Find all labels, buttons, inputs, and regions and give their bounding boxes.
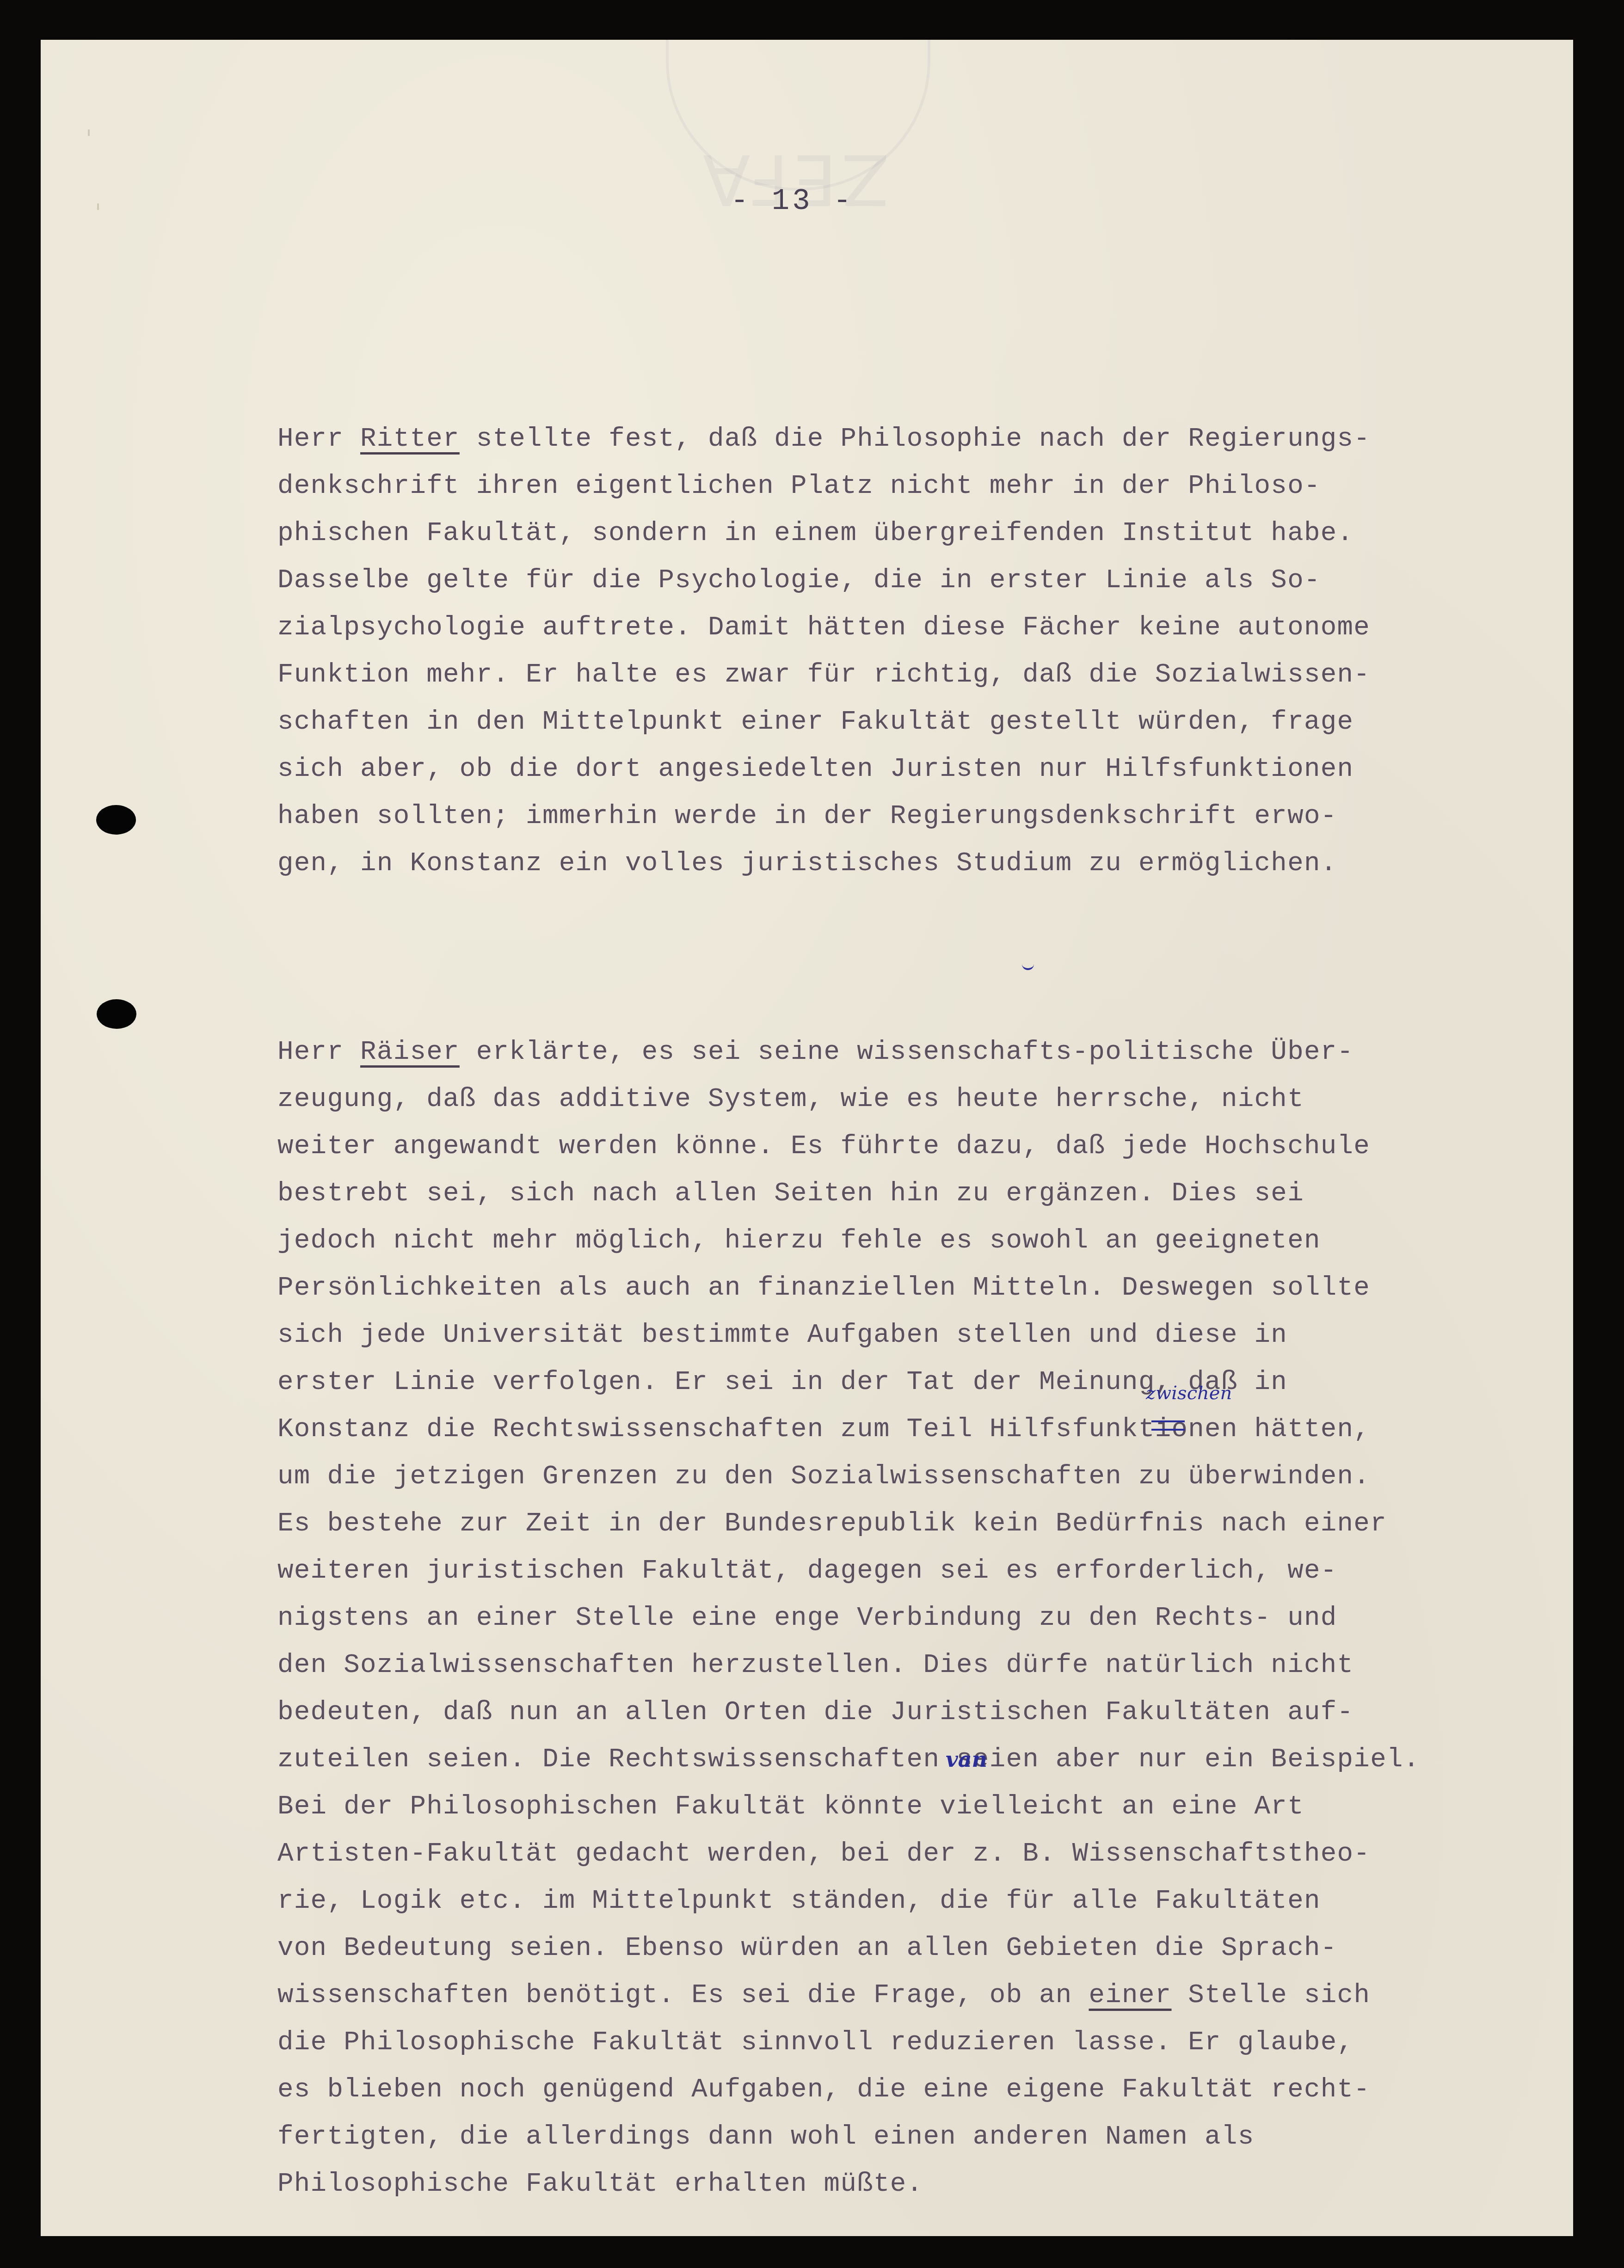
text-line: den Sozialwissenschaften herzustellen. D…: [277, 1642, 1572, 1689]
line-text: Es bestehe zur Zeit in der Bundesrepubli…: [277, 1509, 1387, 1539]
line-text: wissenschaften benötigt. Es sei die Frag…: [277, 1980, 1089, 2010]
punch-hole: [96, 805, 136, 835]
line-text: weiter angewandt werden könne. Es führte…: [277, 1131, 1370, 1162]
line-text: Funktion mehr. Er halte es zwar für rich…: [277, 660, 1370, 690]
line-text: phischen Fakultät, sondern in einem über…: [277, 518, 1353, 548]
line-text: Dasselbe gelte für die Psychologie, die …: [277, 565, 1321, 596]
line-text: jedoch nicht mehr möglich, hierzu fehle …: [277, 1226, 1321, 1256]
line-text: den Sozialwissenschaften herzustellen. D…: [277, 1650, 1353, 1680]
text-line: zeugung, daß das additive System, wie es…: [277, 1076, 1572, 1123]
line-text: nigstens an einer Stelle eine enge Verbi…: [277, 1603, 1337, 1633]
line-text: die Philosophische Fakultät sinnvoll red…: [277, 2028, 1353, 2058]
text-line: nigstens an einer Stelle eine enge Verbi…: [277, 1595, 1572, 1642]
text-line: haben sollten; immerhin werde in der Reg…: [277, 793, 1572, 840]
typed-body: Herr Ritter stellte fest, daß die Philos…: [277, 321, 1572, 2255]
line-text: haben sollten; immerhin werde in der Reg…: [277, 801, 1337, 831]
line-text: stellte fest, daß die Philosophie nach d…: [460, 424, 1370, 454]
line-text: um die jetzigen Grenzen zu den Sozialwis…: [277, 1462, 1370, 1492]
text-line: wissenschaften benötigt. Es sei die Frag…: [277, 1972, 1572, 2019]
text-line: Funktion mehr. Er halte es zwar für rich…: [277, 652, 1572, 699]
punch-hole: [97, 999, 136, 1029]
line-text: zialpsychologie auftrete. Damit hätten d…: [277, 613, 1370, 643]
text-line: Persönlichkeiten als auch an finanzielle…: [277, 1265, 1572, 1312]
line-text: bedeuten, daß nun an allen Orten die Jur…: [277, 1697, 1353, 1727]
text-line: sich jede Universität bestimmte Aufgaben…: [277, 1312, 1572, 1359]
underlined-word: einer: [1089, 1980, 1171, 2010]
line-text: zeugung, daß das additive System, wie es…: [277, 1084, 1304, 1114]
text-line: bestrebt sei, sich nach allen Seiten hin…: [277, 1170, 1572, 1217]
text-line: fertigten, die allerdings dann wohl eine…: [277, 2114, 1572, 2161]
text-line: jedoch nicht mehr möglich, hierzu fehle …: [277, 1217, 1572, 1265]
line-text: Persönlichkeiten als auch an finanzielle…: [277, 1273, 1370, 1303]
paragraph-ritter: Herr Ritter stellte fest, daß die Philos…: [277, 416, 1572, 887]
text-line: Herr Räiser erklärte, es sei seine wisse…: [277, 1029, 1572, 1076]
line-text: von Bedeutung seien. Ebenso würden an al…: [277, 1933, 1337, 1963]
line-text: Bei der Philosophischen Fakultät könnte …: [277, 1792, 1304, 1822]
line-text: sich aber, ob die dort angesiedelten Jur…: [277, 754, 1353, 784]
line-text: bestrebt sei, sich nach allen Seiten hin…: [277, 1179, 1304, 1209]
handwritten-correction-zwischen: zwischen: [1146, 1383, 1232, 1404]
text-line: Herr Ritter stellte fest, daß die Philos…: [277, 416, 1572, 463]
text-line: Dasselbe gelte für die Psychologie, die …: [277, 557, 1572, 604]
line-text: es blieben noch genügend Aufgaben, die e…: [277, 2075, 1370, 2105]
page-number: - 13 -: [731, 185, 854, 218]
underlined-word: Räiser: [360, 1037, 460, 1067]
text-line: um die jetzigen Grenzen zu den Sozialwis…: [277, 1453, 1572, 1500]
text-line: Konstanz die Rechtswissenschaften zum Te…: [277, 1406, 1572, 1453]
paper-speck: [88, 129, 90, 136]
line-text: Philosophische Fakultät erhalten müßte.: [277, 2169, 923, 2199]
line-text: rie, Logik etc. im Mittelpunkt ständen, …: [277, 1886, 1321, 1916]
text-line: schaften in den Mittelpunkt einer Fakult…: [277, 699, 1572, 746]
text-line: Philosophische Fakultät erhalten müßte.: [277, 2161, 1572, 2208]
text-line: rie, Logik etc. im Mittelpunkt ständen, …: [277, 1878, 1572, 1925]
line-text: gen, in Konstanz ein volles juristisches…: [277, 848, 1337, 879]
handwritten-strikethrough: [1151, 1420, 1185, 1431]
text-line: erster Linie verfolgen. Er sei in der Ta…: [277, 1359, 1572, 1406]
line-text: Artisten-Fakultät gedacht werden, bei de…: [277, 1839, 1370, 1869]
line-text: schaften in den Mittelpunkt einer Fakult…: [277, 707, 1353, 737]
text-line: gen, in Konstanz ein volles juristisches…: [277, 840, 1572, 887]
text-line: Bei der Philosophischen Fakultät könnte …: [277, 1783, 1572, 1831]
line-text: erster Linie verfolgen. Er sei in der Ta…: [277, 1367, 1287, 1397]
line-text: weiteren juristischen Fakultät, dagegen …: [277, 1556, 1337, 1586]
line-text: erklärte, es sei seine wissenschafts-pol…: [460, 1037, 1354, 1067]
text-line: Artisten-Fakultät gedacht werden, bei de…: [277, 1831, 1572, 1878]
text-line: phischen Fakultät, sondern in einem über…: [277, 510, 1572, 557]
line-text: sich jede Universität bestimmte Aufgaben…: [277, 1320, 1287, 1350]
text-line: zialpsychologie auftrete. Damit hätten d…: [277, 604, 1572, 652]
paper-speck: [97, 203, 99, 210]
text-line: es blieben noch genügend Aufgaben, die e…: [277, 2066, 1572, 2114]
text-line: bedeuten, daß nun an allen Orten die Jur…: [277, 1689, 1572, 1736]
line-text: zuteilen seien. Die Rechtswissenschaften…: [277, 1745, 1420, 1775]
text-line: weiter angewandt werden könne. Es führte…: [277, 1123, 1572, 1170]
text-line: sich aber, ob die dort angesiedelten Jur…: [277, 746, 1572, 793]
underlined-word: Ritter: [360, 424, 460, 454]
line-text: fertigten, die allerdings dann wohl eine…: [277, 2122, 1255, 2152]
text-line: die Philosophische Fakultät sinnvoll red…: [277, 2019, 1572, 2066]
handwritten-correction-van: van: [946, 1747, 987, 1772]
line-text: Herr: [277, 424, 360, 454]
text-line: weiteren juristischen Fakultät, dagegen …: [277, 1548, 1572, 1595]
text-line: Es bestehe zur Zeit in der Bundesrepubli…: [277, 1500, 1572, 1548]
text-line: zuteilen seien. Die Rechtswissenschaften…: [277, 1736, 1572, 1783]
text-line: von Bedeutung seien. Ebenso würden an al…: [277, 1925, 1572, 1972]
line-text: Herr: [277, 1037, 360, 1067]
line-text: denkschrift ihren eigentlichen Platz nic…: [277, 471, 1321, 501]
paragraph-raiser: Herr Räiser erklärte, es sei seine wisse…: [277, 1029, 1572, 2208]
line-text: Stelle sich: [1172, 1980, 1371, 2010]
text-line: denkschrift ihren eigentlichen Platz nic…: [277, 463, 1572, 510]
line-text: Konstanz die Rechtswissenschaften zum Te…: [277, 1414, 1370, 1444]
